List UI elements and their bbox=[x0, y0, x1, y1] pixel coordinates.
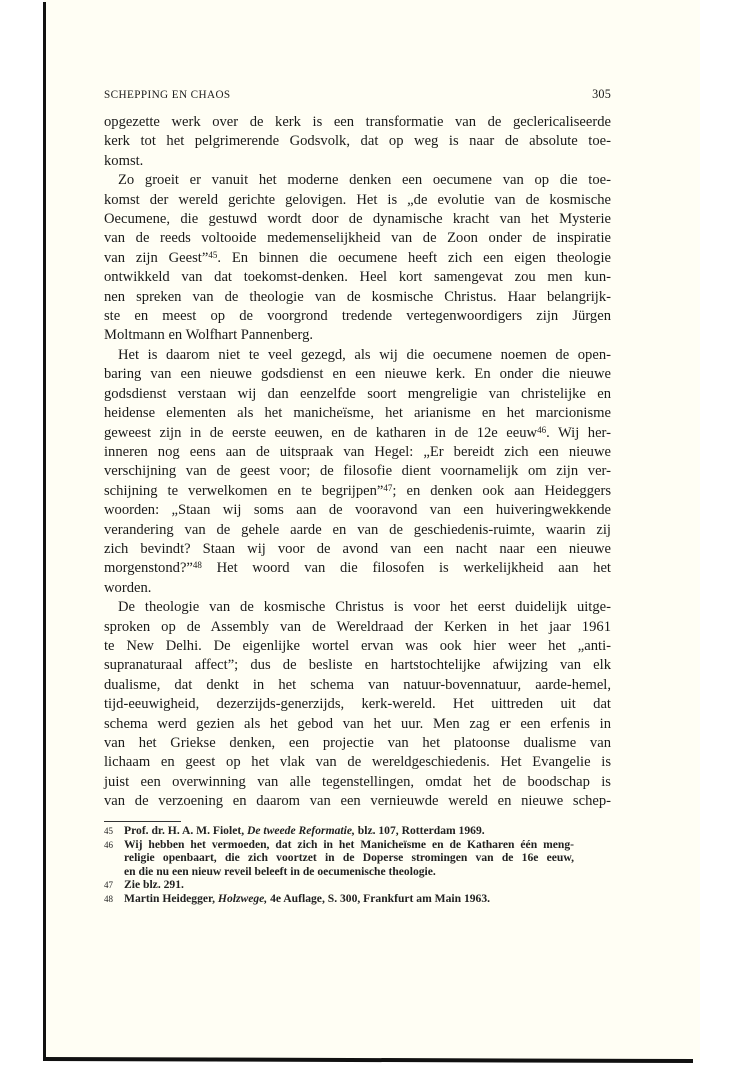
text-segment: geweest zijn in de eerste eeuwen, en de … bbox=[104, 425, 537, 441]
text-line: Zo groeit er vanuit het moderne denken e… bbox=[104, 171, 611, 190]
text-line: geweest zijn in de eerste eeuwen, en de … bbox=[104, 424, 611, 443]
footnote-text: Prof. dr. H. A. M. Fiolet, De tweede Ref… bbox=[124, 824, 574, 838]
footnote-line: en die nu een nieuw reveil beleeft in de… bbox=[124, 865, 574, 878]
text-line: ontwikkeld van dat toekomst-denken. Heel… bbox=[104, 268, 611, 287]
text-line: dualisme, dat denkt in het schema van na… bbox=[104, 676, 611, 695]
footnote-48: 48 Martin Heidegger, Holzwege, 4e Auflag… bbox=[104, 892, 574, 906]
text-line: van zijn Geest”45. En binnen die oecumen… bbox=[104, 249, 611, 268]
text-line: godsdienst verstaan wij dan eenzelfde so… bbox=[104, 385, 611, 404]
footnote-number: 47 bbox=[104, 878, 124, 892]
text-line: van de verzoening en daarom van een vern… bbox=[104, 792, 611, 811]
page-bottom-edge bbox=[43, 1057, 693, 1063]
text-line: inneren nog eens aan de uitspraak van He… bbox=[104, 443, 611, 462]
text-line: Moltmann en Wolfhart Pannenberg. bbox=[104, 326, 611, 345]
paragraph: opgezette werk over de kerk is een trans… bbox=[104, 113, 611, 171]
text-segment: ; en denken ook aan Heideggers bbox=[392, 483, 611, 499]
text-line: juist een overwinning van alle tegenstel… bbox=[104, 773, 611, 792]
text-line: komst. bbox=[104, 152, 611, 171]
footnote-segment: Martin Heidegger, bbox=[124, 892, 218, 905]
paragraph: Zo groeit er vanuit het moderne denken e… bbox=[104, 171, 611, 346]
footnote-line: religie openbaart, die zich voortzet in … bbox=[124, 851, 574, 864]
running-head-title: SCHEPPING EN CHAOS bbox=[104, 89, 231, 101]
page-left-edge bbox=[43, 2, 46, 1060]
text-line: baring van een nieuwe godsdienst en een … bbox=[104, 365, 611, 384]
text-line: schijning te verwelkomen en te begrijpen… bbox=[104, 482, 611, 501]
footnotes: 45 Prof. dr. H. A. M. Fiolet, De tweede … bbox=[104, 824, 574, 906]
footnote-ref-45[interactable]: 45 bbox=[208, 250, 217, 260]
text-line: van de reeds voltooide medemenselijkheid… bbox=[104, 229, 611, 248]
text-line: schema werd gezien als het gebod van het… bbox=[104, 715, 611, 734]
text-segment: En binnen die oecumene heeft zich een ei… bbox=[232, 250, 611, 266]
text-segment: van zijn Geest” bbox=[104, 250, 208, 266]
text-segment: Het woord van die filosofen is werkelijk… bbox=[217, 560, 611, 576]
text-line: nen spreken van de theologie van de kosm… bbox=[104, 288, 611, 307]
footnote-number: 48 bbox=[104, 892, 124, 906]
paragraph: Het is daarom niet te veel gezegd, als w… bbox=[104, 346, 611, 598]
text-line: Het is daarom niet te veel gezegd, als w… bbox=[104, 346, 611, 365]
body-text: opgezette werk over de kerk is een trans… bbox=[104, 113, 611, 812]
text-line: opgezette werk over de kerk is een trans… bbox=[104, 113, 611, 132]
text-line: lichaam en geest op het vlak van de were… bbox=[104, 753, 611, 772]
footnote-text: Zie blz. 291. bbox=[124, 878, 574, 892]
text-line: ste en meest op de voorgrond tredende ve… bbox=[104, 307, 611, 326]
footnote-segment: 4e Auflage, S. 300, Frankfurt am Main 19… bbox=[267, 892, 490, 905]
paragraph: De theologie van de kosmische Christus i… bbox=[104, 598, 611, 811]
footnote-text: Martin Heidegger, Holzwege, 4e Auflage, … bbox=[124, 892, 574, 906]
text-line: worden. bbox=[104, 579, 611, 598]
text-line: De theologie van de kosmische Christus i… bbox=[104, 598, 611, 617]
page-number: 305 bbox=[592, 87, 611, 102]
footnote-separator bbox=[104, 821, 181, 822]
text-line: van het Griekse denken, een projectie va… bbox=[104, 734, 611, 753]
footnote-text: Wij hebben het vermoeden, dat zich in he… bbox=[124, 838, 574, 878]
text-line: supranaturaal affect”; dus de besliste e… bbox=[104, 656, 611, 675]
text-line: te New Delhi. De eigenlijke wortel ervan… bbox=[104, 637, 611, 656]
footnote-line: Wij hebben het vermoeden, dat zich in he… bbox=[124, 838, 574, 851]
text-line: komst der wereld gerichte gelovigen. Het… bbox=[104, 191, 611, 210]
text-segment: Wij her- bbox=[558, 425, 611, 441]
footnote-title-italic: Holzwege, bbox=[218, 892, 267, 905]
text-line: sproken op de Assembly van de Wereldraad… bbox=[104, 618, 611, 637]
text-line: Oecumene, die gestuwd wordt door de dyna… bbox=[104, 210, 611, 229]
text-line: tijd-eeuwigheid, dezerzijds-generzijds, … bbox=[104, 695, 611, 714]
footnote-45: 45 Prof. dr. H. A. M. Fiolet, De tweede … bbox=[104, 824, 574, 838]
footnote-number: 45 bbox=[104, 824, 124, 838]
text-line: morgenstond?”48 Het woord van die filoso… bbox=[104, 559, 611, 578]
text-segment: schijning te verwelkomen en te begrijpen… bbox=[104, 483, 383, 499]
footnote-ref-48[interactable]: 48 bbox=[193, 560, 202, 570]
text-line: verandering van de gehele aarde en van d… bbox=[104, 521, 611, 540]
text-segment: morgenstond?” bbox=[104, 560, 193, 576]
text-line: kerk tot het pelgrimerende Godsvolk, dat… bbox=[104, 132, 611, 151]
running-head: SCHEPPING EN CHAOS 305 bbox=[104, 87, 611, 102]
footnote-ref-46[interactable]: 46 bbox=[537, 425, 546, 435]
footnote-47: 47 Zie blz. 291. bbox=[104, 878, 574, 892]
footnote-number: 46 bbox=[104, 838, 124, 878]
footnote-title-italic: De tweede Reformatie, bbox=[247, 824, 355, 837]
footnote-segment: blz. 107, Rotterdam 1969. bbox=[355, 824, 485, 837]
text-line: heidense elementen als het manicheïsme, … bbox=[104, 404, 611, 423]
text-line: verschijning van de geest voor; de filos… bbox=[104, 462, 611, 481]
footnote-segment: Prof. dr. H. A. M. Fiolet, bbox=[124, 824, 247, 837]
text-line: woorden: „Staan wij soms aan de vooravon… bbox=[104, 501, 611, 520]
text-line: zich bevindt? Staan wij voor de avond va… bbox=[104, 540, 611, 559]
footnote-46: 46 Wij hebben het vermoeden, dat zich in… bbox=[104, 838, 574, 878]
